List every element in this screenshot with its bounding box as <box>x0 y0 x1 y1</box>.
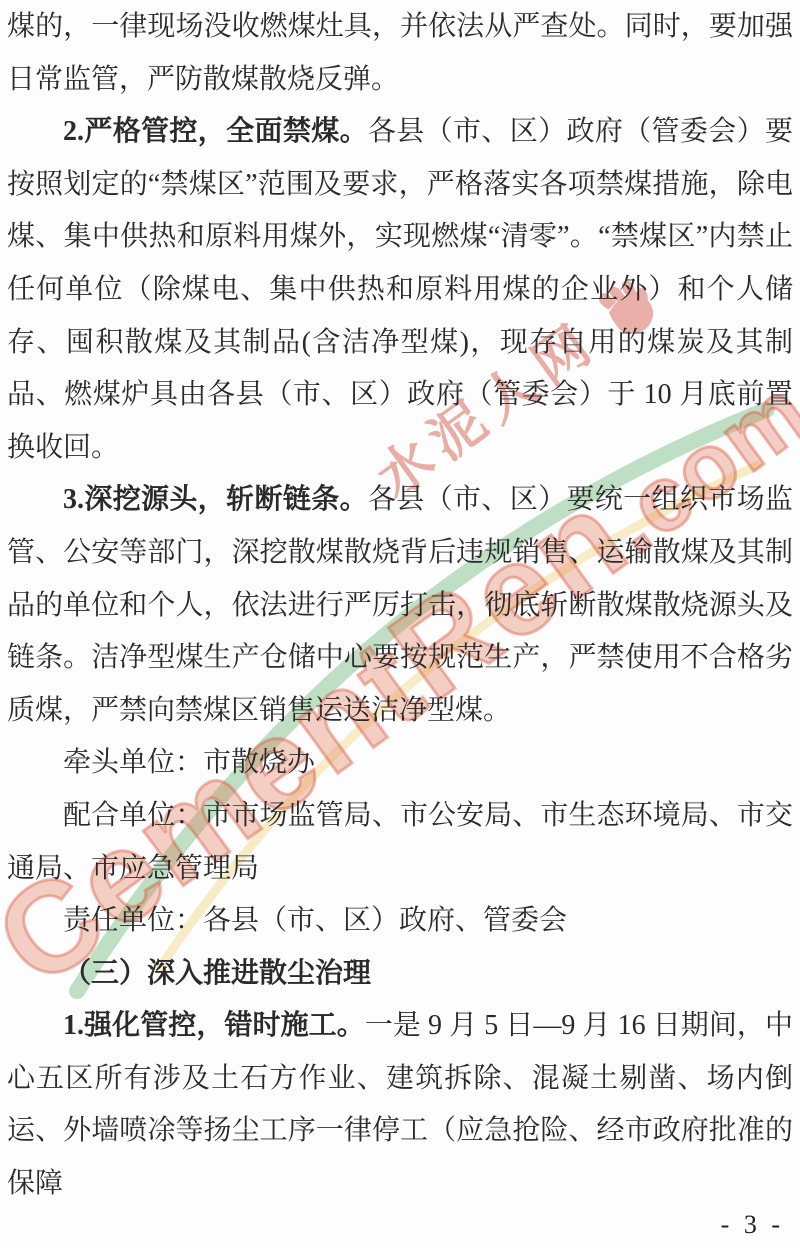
text-run: 牵头单位：市散烧办 <box>63 747 315 778</box>
document-body: 煤的，一律现场没收燃煤灶具，并依法从严查处。同时，要加强日常监管，严防散煤散烧反… <box>7 1 793 1211</box>
document-page: CementRen.com 水泥人网 煤的，一律现场没收燃煤灶具，并依法从严查处… <box>0 0 800 1248</box>
heading-run: （三）深入推进散尘治理 <box>63 958 371 989</box>
paragraph-continuation: 煤的，一律现场没收燃煤灶具，并依法从严查处。同时，要加强日常监管，严防散煤散烧反… <box>7 1 793 106</box>
heading-run: 2.严格管控，全面禁煤。 <box>63 116 368 147</box>
paragraph-item-2: 2.严格管控，全面禁煤。各县（市、区）政府（管委会）要按照划定的“禁煤区”范围及… <box>7 106 793 474</box>
text-run: 各县（市、区）要统一组织市场监管、公安等部门，深挖散煤散烧背后违规销售、运输散煤… <box>7 484 793 725</box>
heading-run: 1.强化管控，错时施工。 <box>63 1010 365 1041</box>
paragraph-item-1-dust: 1.强化管控，错时施工。一是 9 月 5 日—9 月 16 日期间，中心五区所有… <box>7 1000 793 1210</box>
text-run: 责任单位：各县（市、区）政府、管委会 <box>63 905 567 936</box>
heading-run: 3.深挖源头，斩断链条。 <box>63 484 368 515</box>
paragraph-support-units: 配合单位：市市场监管局、市公安局、市生态环境局、市交通局、市应急管理局 <box>7 790 793 895</box>
paragraph-item-3: 3.深挖源头，斩断链条。各县（市、区）要统一组织市场监管、公安等部门，深挖散煤散… <box>7 474 793 737</box>
text-run: 煤的，一律现场没收燃煤灶具，并依法从严查处。同时，要加强日常监管，严防散煤散烧反… <box>7 11 793 95</box>
section-heading-3: （三）深入推进散尘治理 <box>7 948 793 1001</box>
page-number: - 3 - <box>721 1210 784 1240</box>
paragraph-responsible-units: 责任单位：各县（市、区）政府、管委会 <box>7 895 793 948</box>
paragraph-lead-unit: 牵头单位：市散烧办 <box>7 737 793 790</box>
text-run: 配合单位：市市场监管局、市公安局、市生态环境局、市交通局、市应急管理局 <box>7 800 793 884</box>
text-run: 各县（市、区）政府（管委会）要按照划定的“禁煤区”范围及要求，严格落实各项禁煤措… <box>7 116 793 463</box>
